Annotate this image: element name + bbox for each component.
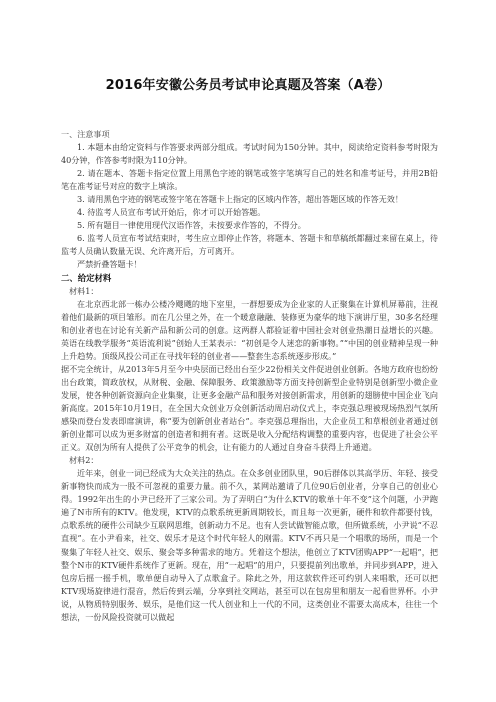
notice-item: 1. 本题本由给定资料与作答要求两部分组成。考试时间为150分钟。其中，阅读给定… xyxy=(61,141,438,167)
material-2-label: 材料2： xyxy=(61,454,438,467)
section-heading-materials: 二、给定材料 xyxy=(61,272,438,285)
document-body: 一、注意事项 1. 本题本由给定资料与作答要求两部分组成。考试时间为150分钟。… xyxy=(61,128,438,624)
material-1-paragraph: 据不完全统计，从2013年5月至今中央层面已经出台至少22份相关文件促进创业创新… xyxy=(61,363,438,454)
material-1-paragraph: 在北京西北部一栋办公楼冷飕飕的地下室里，一群想要成为企业家的人正聚集在计算机屏幕… xyxy=(61,298,438,363)
material-1-label: 材料1： xyxy=(61,285,438,298)
notice-item: 4. 待监考人员宣布考试开始后，你才可以开始答题。 xyxy=(61,206,438,219)
notice-warning: 严禁折叠答题卡！ xyxy=(61,258,438,271)
notice-item: 6. 监考人员宣布考试结束时，考生应立即停止作答，将题本、答题卡和草稿纸都翻过来… xyxy=(61,232,438,258)
notice-item: 3. 请用黑色字迹的钢笔或签字笔在答题卡上指定的区域内作答，超出答题区域的作答无… xyxy=(61,193,438,206)
section-heading-notices: 一、注意事项 xyxy=(61,128,438,141)
notice-item: 2. 请在题本、答题卡指定位置上用黑色字迹的钢笔或签字笔填写自己的姓名和准考证号… xyxy=(61,167,438,193)
material-2-paragraph: 近年来，创业一词已经成为大众关注的热点。在众多创业团队里，90后群体以其高学历、… xyxy=(61,467,438,624)
notice-item: 5. 所有题目一律使用现代汉语作答，未按要求作答的，不得分。 xyxy=(61,219,438,232)
document-page: 2016年安徽公务员考试申论真题及答案（A卷） 一、注意事项 1. 本题本由给定… xyxy=(0,0,496,702)
document-title: 2016年安徽公务员考试申论真题及答案（A卷） xyxy=(0,74,496,93)
